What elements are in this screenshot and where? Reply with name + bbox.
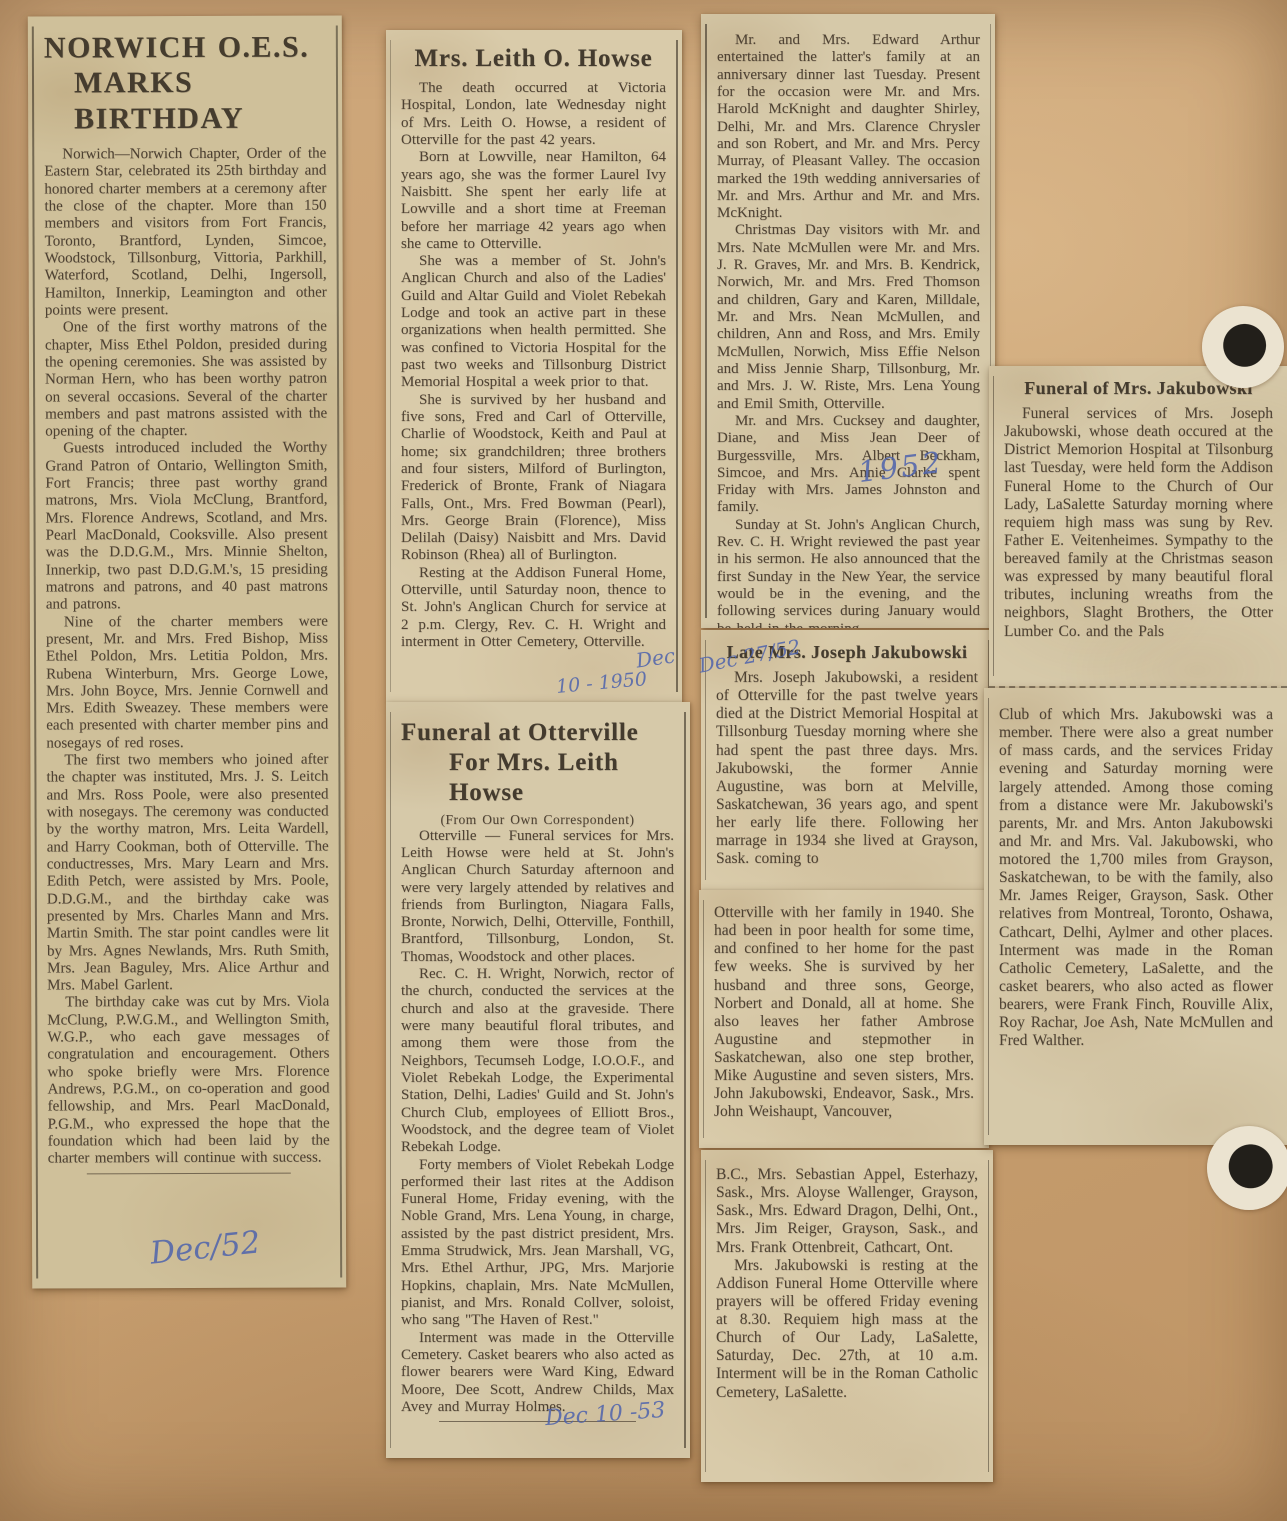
howse-funeral-headline-line1: Funeral at Otterville (401, 719, 639, 746)
jakubowski-funeral-paragraph: Funeral services of Mrs. Joseph Jakubows… (1004, 405, 1273, 641)
clipping-arthur-news: Mr. and Mrs. Edward Arthur entertained t… (701, 14, 995, 628)
howse-obituary-paragraph: The death occurred at Victoria Hospital,… (401, 80, 666, 149)
howse-funeral-paragraph: Rec. C. H. Wright, Norwich, rector of th… (401, 966, 674, 1156)
norwich-headline-line1: NORWICH O.E.S. (44, 31, 309, 65)
norwich-paragraph: Norwich—Norwich Chapter, Order of the Ea… (44, 146, 327, 320)
clipping-jakubowski-obituary-middle: Otterville with her family in 1940. She … (699, 890, 989, 1148)
clipping-jakubowski-funeral-top: Funeral of Mrs. Jakubowski Funeral servi… (989, 366, 1287, 688)
norwich-paragraph: One of the first worthy matrons of the c… (45, 319, 327, 441)
howse-funeral-paragraph: Otterville — Funeral services for Mrs. L… (401, 828, 674, 967)
howse-funeral-headline: Funeral at Otterville For Mrs. Leith How… (401, 718, 674, 808)
howse-obituary-paragraph: Resting at the Addison Funeral Home, Ott… (401, 565, 666, 652)
howse-obituary-paragraph: Born at Lowville, near Hamilton, 64 year… (401, 149, 666, 253)
jakubowski-obituary-paragraph: Mrs. Joseph Jakubowski, a resident of Ot… (716, 669, 978, 868)
howse-obituary-paragraph: She was a member of St. John's Anglican … (401, 253, 666, 392)
clipping-jakubowski-funeral-bottom: Club of which Mrs. Jakubowski was a memb… (984, 688, 1287, 1145)
howse-funeral-paragraph: Forty members of Violet Rebekah Lodge pe… (401, 1157, 674, 1330)
clipping-howse-obituary: Mrs. Leith O. Howse The death occurred a… (386, 30, 682, 702)
scrapbook-page: NORWICH O.E.S. MARKS BIRTHDAY Norwich—No… (0, 0, 1287, 1521)
arthur-news-paragraph: Sunday at St. John's Anglican Church, Re… (717, 517, 980, 628)
howse-funeral-headline-line2: For Mrs. Leith Howse (401, 748, 674, 808)
norwich-paragraph: Guests introduced included the Worthy Gr… (45, 440, 328, 614)
howse-obituary-headline: Mrs. Leith O. Howse (401, 44, 666, 74)
howse-obituary-paragraph: She is survived by her husband and five … (401, 392, 666, 565)
jakubowski-obituary-paragraph: Otterville with her family in 1940. She … (714, 904, 974, 1122)
norwich-headline-line2: MARKS BIRTHDAY (44, 65, 326, 137)
norwich-headline: NORWICH O.E.S. MARKS BIRTHDAY (44, 30, 326, 137)
arthur-news-paragraph: Christmas Day visitors with Mr. and Mrs.… (717, 222, 980, 412)
clipping-howse-funeral: Funeral at Otterville For Mrs. Leith How… (386, 702, 690, 1458)
column-rule (87, 1172, 290, 1174)
howse-funeral-byline: (From Our Own Correspondent) (401, 812, 674, 828)
norwich-paragraph: Nine of the charter members were present… (46, 613, 328, 752)
jakubowski-obituary-paragraph: B.C., Mrs. Sebastian Appel, Esterhazy, S… (716, 1166, 978, 1257)
norwich-paragraph: The birthday cake was cut by Mrs. Viola … (47, 994, 330, 1168)
hole-punch-reinforcement-bottom (1207, 1126, 1287, 1210)
arthur-news-paragraph: Mr. and Mrs. Edward Arthur entertained t… (717, 32, 980, 222)
jakubowski-obituary-paragraph: Mrs. Jakubowski is resting at the Addiso… (716, 1257, 978, 1402)
norwich-paragraph: The first two members who joined after t… (46, 752, 329, 995)
clipping-jakubowski-obituary-bottom: B.C., Mrs. Sebastian Appel, Esterhazy, S… (701, 1150, 993, 1482)
jakubowski-funeral-paragraph: Club of which Mrs. Jakubowski was a memb… (999, 706, 1273, 1050)
clipping-norwich-oes: NORWICH O.E.S. MARKS BIRTHDAY Norwich—No… (28, 15, 346, 1288)
hole-punch-reinforcement-top (1202, 306, 1284, 388)
